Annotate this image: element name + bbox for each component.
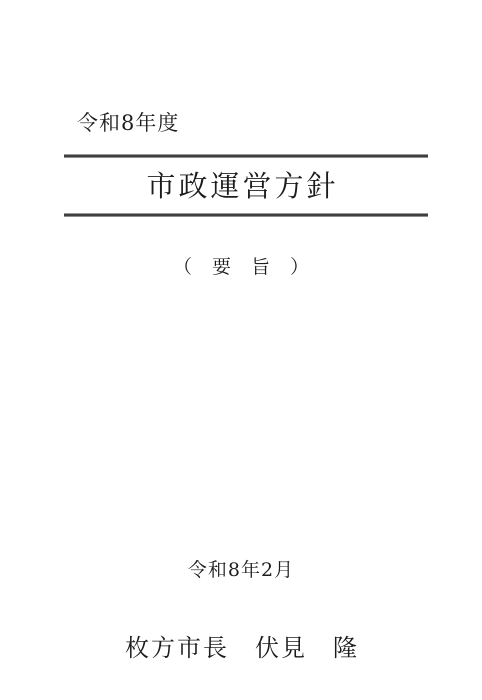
document-cover-page: 令和8年度 市政運営方針 （ 要 旨 ） 令和8年2月 枚方市長 伏見 隆: [0, 0, 482, 700]
author-label: 枚方市長 伏見 隆: [0, 628, 482, 663]
subtitle-label: （ 要 旨 ）: [0, 252, 482, 279]
page-title: 市政運営方針: [0, 164, 482, 205]
date-label: 令和8年2月: [0, 555, 482, 582]
fiscal-year-label: 令和8年度: [77, 107, 179, 137]
title-rule-top: [64, 154, 428, 158]
title-rule-bottom: [64, 213, 428, 217]
